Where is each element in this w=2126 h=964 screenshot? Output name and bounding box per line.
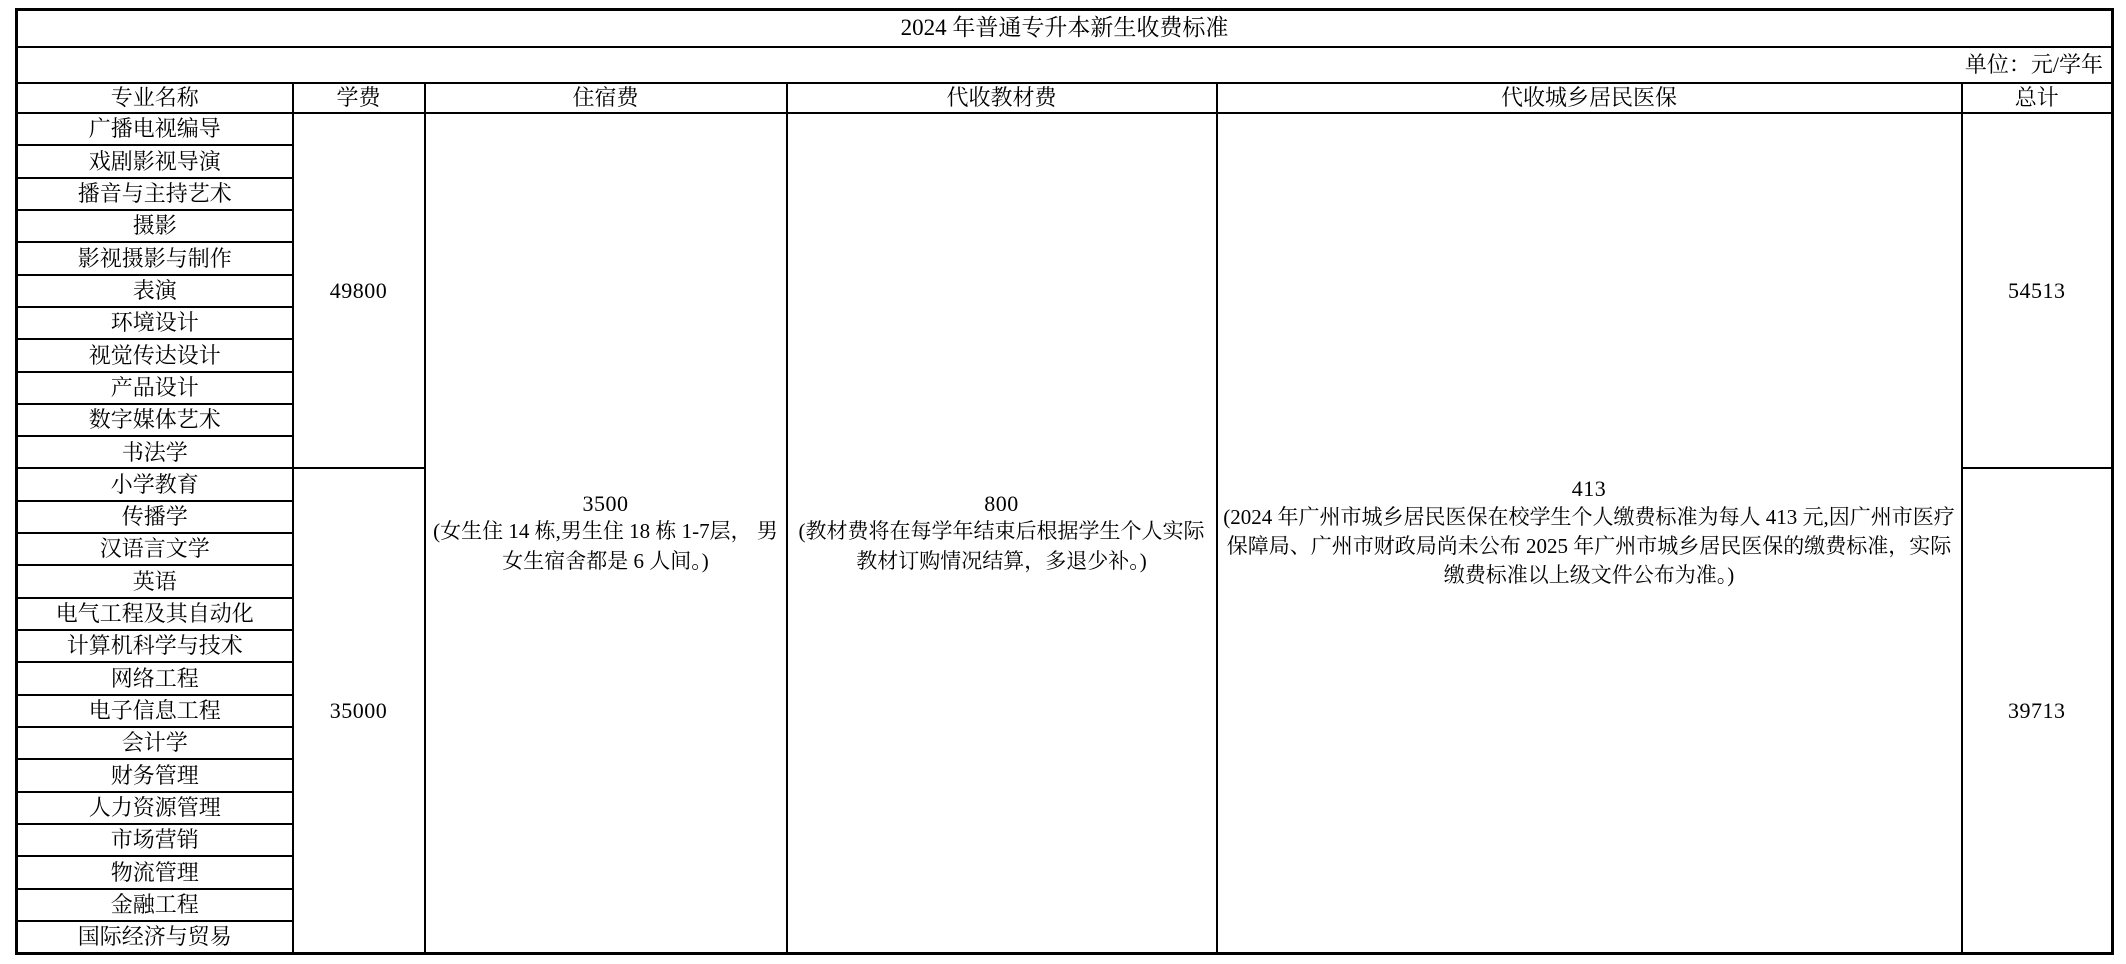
header-major: 专业名称	[17, 83, 293, 113]
major-cell: 财务管理	[17, 759, 293, 791]
major-cell: 人力资源管理	[17, 792, 293, 824]
major-cell: 戏剧影视导演	[17, 145, 293, 177]
major-cell: 广播电视编导	[17, 113, 293, 145]
textbook-note: (教材费将在每学年结束后根据学生个人实际教材订购情况结算，多退少补。)	[792, 517, 1212, 576]
tuition-group1-cell: 49800	[293, 113, 425, 468]
table-title-row: 2024 年普通专升本新生收费标准	[17, 10, 2113, 48]
housing-amount: 3500	[430, 490, 782, 518]
housing-cell: 3500 (女生住 14 栋,男生住 18 栋 1-7层， 男女生宿舍都是 6 …	[425, 113, 787, 953]
major-cell: 金融工程	[17, 889, 293, 921]
housing-note: (女生住 14 栋,男生住 18 栋 1-7层， 男女生宿舍都是 6 人间。)	[430, 517, 782, 576]
insurance-cell: 413 (2024 年广州市城乡居民医保在校学生个人缴费标准为每人 413 元,…	[1217, 113, 1962, 953]
major-cell: 传播学	[17, 501, 293, 533]
major-cell: 播音与主持艺术	[17, 178, 293, 210]
fee-standard-table: 2024 年普通专升本新生收费标准 单位：元/学年 专业名称 学费 住宿费 代收…	[15, 8, 2114, 955]
major-cell: 英语	[17, 565, 293, 597]
major-cell: 环境设计	[17, 307, 293, 339]
header-housing: 住宿费	[425, 83, 787, 113]
header-insurance: 代收城乡居民医保	[1217, 83, 1962, 113]
insurance-note: (2024 年广州市城乡居民医保在校学生个人缴费标准为每人 413 元,因广州市…	[1222, 503, 1957, 591]
unit-row: 单位：元/学年	[17, 47, 2113, 82]
column-header-row: 专业名称 学费 住宿费 代收教材费 代收城乡居民医保 总计	[17, 83, 2113, 113]
major-cell: 书法学	[17, 436, 293, 468]
major-cell: 数字媒体艺术	[17, 404, 293, 436]
insurance-amount: 413	[1222, 475, 1957, 503]
textbook-amount: 800	[792, 490, 1212, 518]
major-cell: 计算机科学与技术	[17, 630, 293, 662]
total-group2-cell: 39713	[1962, 468, 2113, 953]
major-cell: 市场营销	[17, 824, 293, 856]
major-cell: 物流管理	[17, 856, 293, 888]
major-cell: 国际经济与贸易	[17, 921, 293, 954]
major-cell: 表演	[17, 275, 293, 307]
header-textbook: 代收教材费	[787, 83, 1217, 113]
header-total: 总计	[1962, 83, 2113, 113]
tuition-group2-cell: 35000	[293, 468, 425, 953]
major-cell: 产品设计	[17, 372, 293, 404]
major-cell: 小学教育	[17, 468, 293, 500]
textbook-cell: 800 (教材费将在每学年结束后根据学生个人实际教材订购情况结算，多退少补。)	[787, 113, 1217, 953]
major-cell: 网络工程	[17, 662, 293, 694]
table-row: 广播电视编导 49800 3500 (女生住 14 栋,男生住 18 栋 1-7…	[17, 113, 2113, 145]
header-tuition: 学费	[293, 83, 425, 113]
major-cell: 会计学	[17, 727, 293, 759]
major-cell: 视觉传达设计	[17, 339, 293, 371]
major-cell: 电子信息工程	[17, 695, 293, 727]
major-cell: 摄影	[17, 210, 293, 242]
major-cell: 影视摄影与制作	[17, 242, 293, 274]
total-group1-cell: 54513	[1962, 113, 2113, 468]
major-cell: 汉语言文学	[17, 533, 293, 565]
table-title: 2024 年普通专升本新生收费标准	[17, 10, 2113, 48]
major-cell: 电气工程及其自动化	[17, 598, 293, 630]
unit-label: 单位：元/学年	[17, 47, 2113, 82]
